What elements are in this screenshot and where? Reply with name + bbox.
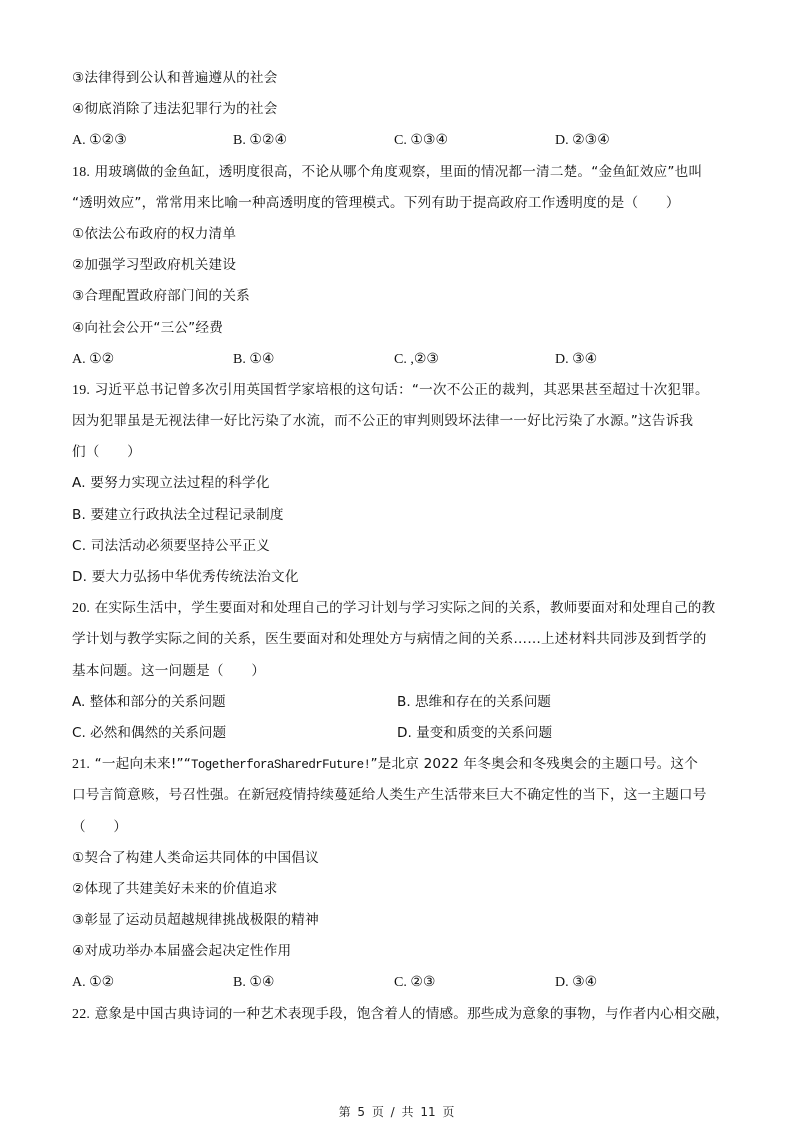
q21-stem-line-2: 口号言简意赅，号召性强。在新冠疫情持续蔓延给人类生产生活带来巨大不确定性的当下，… [72,780,724,811]
q20-stem-line-2: 学计划与教学实际之间的关系，医生要面对和处理处方与病情之间的关系……上述材料共同… [72,624,724,655]
q18-option-b: B. ①④ [233,344,394,375]
q17-option-b: B. ①②④ [233,125,394,156]
q19-stem-line-1: 19. 习近平总书记曾多次引用英国哲学家培根的这句话：“一次不公正的裁判，其恶果… [72,375,724,406]
q18-stem-line-1: 18. 用玻璃做的金鱼缸，透明度很高，不论从哪个角度观察，里面的情况都一清二楚。… [72,157,724,188]
q21-stem-pre: “一起向未来!”“ [95,756,191,772]
exam-page: ③法律得到公认和普遍遵从的社会 ④彻底消除了违法犯罪行为的社会 A. ①②③ B… [72,63,724,1030]
q21-item-3: ③彰显了运动员超越规律挑战极限的精神 [72,905,724,936]
q19-stem-line-2: 因为犯罪虽是无视法律一好比污染了水流，而不公正的审判则毁坏法律一一好比污染了水源… [72,406,724,437]
q17-option-a: A. ①②③ [72,125,233,156]
q17-item-3: ③法律得到公认和普遍遵从的社会 [72,63,724,94]
q18-item-3: ③合理配置政府部门间的关系 [72,281,724,312]
q21-option-b: B. ①④ [233,967,394,998]
q20-option-d: D. 量变和质变的关系问题 [397,718,722,749]
q17-option-d: D. ②③④ [555,125,716,156]
q21-option-d: D. ③④ [555,967,716,998]
q18-item-2: ②加强学习型政府机关建设 [72,250,724,281]
q18-option-c: C. ,②③ [394,344,555,375]
q21-item-2: ②体现了共建美好未来的价值追求 [72,874,724,905]
q18-stem-text-1: 用玻璃做的金鱼缸，透明度很高，不论从哪个角度观察，里面的情况都一清二楚。“金鱼缸… [95,164,703,180]
q21-slogan-english: TogetherforaSharedrFuture! [191,758,370,772]
q21-item-1: ①契合了构建人类命运共同体的中国倡议 [72,843,724,874]
q18-item-4: ④向社会公开“三公”经费 [72,313,724,344]
q20-options-row-2: C. 必然和偶然的关系问题 D. 量变和质变的关系问题 [72,718,724,749]
q18-option-d: D. ③④ [555,344,716,375]
q21-stem-line-1: 21. “一起向未来!”“TogetherforaSharedrFuture!”… [72,749,724,780]
page-footer: 第 5 页 / 共 11 页 [0,1103,793,1120]
q19-stem-text-1: 习近平总书记曾多次引用英国哲学家培根的这句话：“一次不公正的裁判，其恶果甚至超过… [95,382,709,398]
q18-number: 18. [72,165,90,180]
q20-option-a: A. 整体和部分的关系问题 [72,687,397,718]
q20-stem-text-1: 在实际生活中，学生要面对和处理自己的学习计划与学习实际之间的关系，教师要面对和处… [95,600,716,616]
q21-item-4: ④对成功举办本届盛会起决定性作用 [72,936,724,967]
q19-number: 19. [72,383,90,398]
q19-option-d: D. 要大力弘扬中华优秀传统法治文化 [72,562,724,593]
q18-options: A. ①② B. ①④ C. ,②③ D. ③④ [72,344,724,375]
q21-stem-post: ”是北京 2022 年冬奥会和冬残奥会的主题口号。这个 [370,756,698,772]
q21-stem-line-3: （ ） [72,812,724,843]
q20-option-c: C. 必然和偶然的关系问题 [72,718,397,749]
q17-item-4: ④彻底消除了违法犯罪行为的社会 [72,94,724,125]
q19-option-b: B. 要建立行政执法全过程记录制度 [72,500,724,531]
q21-option-c: C. ②③ [394,967,555,998]
q17-options: A. ①②③ B. ①②④ C. ①③④ D. ②③④ [72,125,724,156]
q20-stem-line-1: 20. 在实际生活中，学生要面对和处理自己的学习计划与学习实际之间的关系，教师要… [72,593,724,624]
q21-option-a: A. ①② [72,967,233,998]
q17-option-c: C. ①③④ [394,125,555,156]
q19-stem-line-3: 们（ ） [72,437,724,468]
q21-number: 21. [72,757,90,772]
q19-option-c: C. 司法活动必须要坚持公平正义 [72,531,724,562]
q21-options: A. ①② B. ①④ C. ②③ D. ③④ [72,967,724,998]
q22-number: 22. [72,1007,90,1022]
q20-number: 20. [72,601,90,616]
q20-option-b: B. 思维和存在的关系问题 [397,687,722,718]
q20-stem-line-3: 基本问题。这一问题是（ ） [72,656,724,687]
q22-stem-line-1: 22. 意象是中国古典诗词的一种艺术表现手段，饱含着人的情感。那些成为意象的事物… [72,999,724,1030]
q20-options-row-1: A. 整体和部分的关系问题 B. 思维和存在的关系问题 [72,687,724,718]
q22-stem-text-1: 意象是中国古典诗词的一种艺术表现手段，饱含着人的情感。那些成为意象的事物，与作者… [95,1006,724,1022]
q18-item-1: ①依法公布政府的权力清单 [72,219,724,250]
q19-option-a: A. 要努力实现立法过程的科学化 [72,468,724,499]
q18-option-a: A. ①② [72,344,233,375]
q18-stem-line-2: “透明效应”，常常用来比喻一种高透明度的管理模式。下列有助于提高政府工作透明度的… [72,188,724,219]
